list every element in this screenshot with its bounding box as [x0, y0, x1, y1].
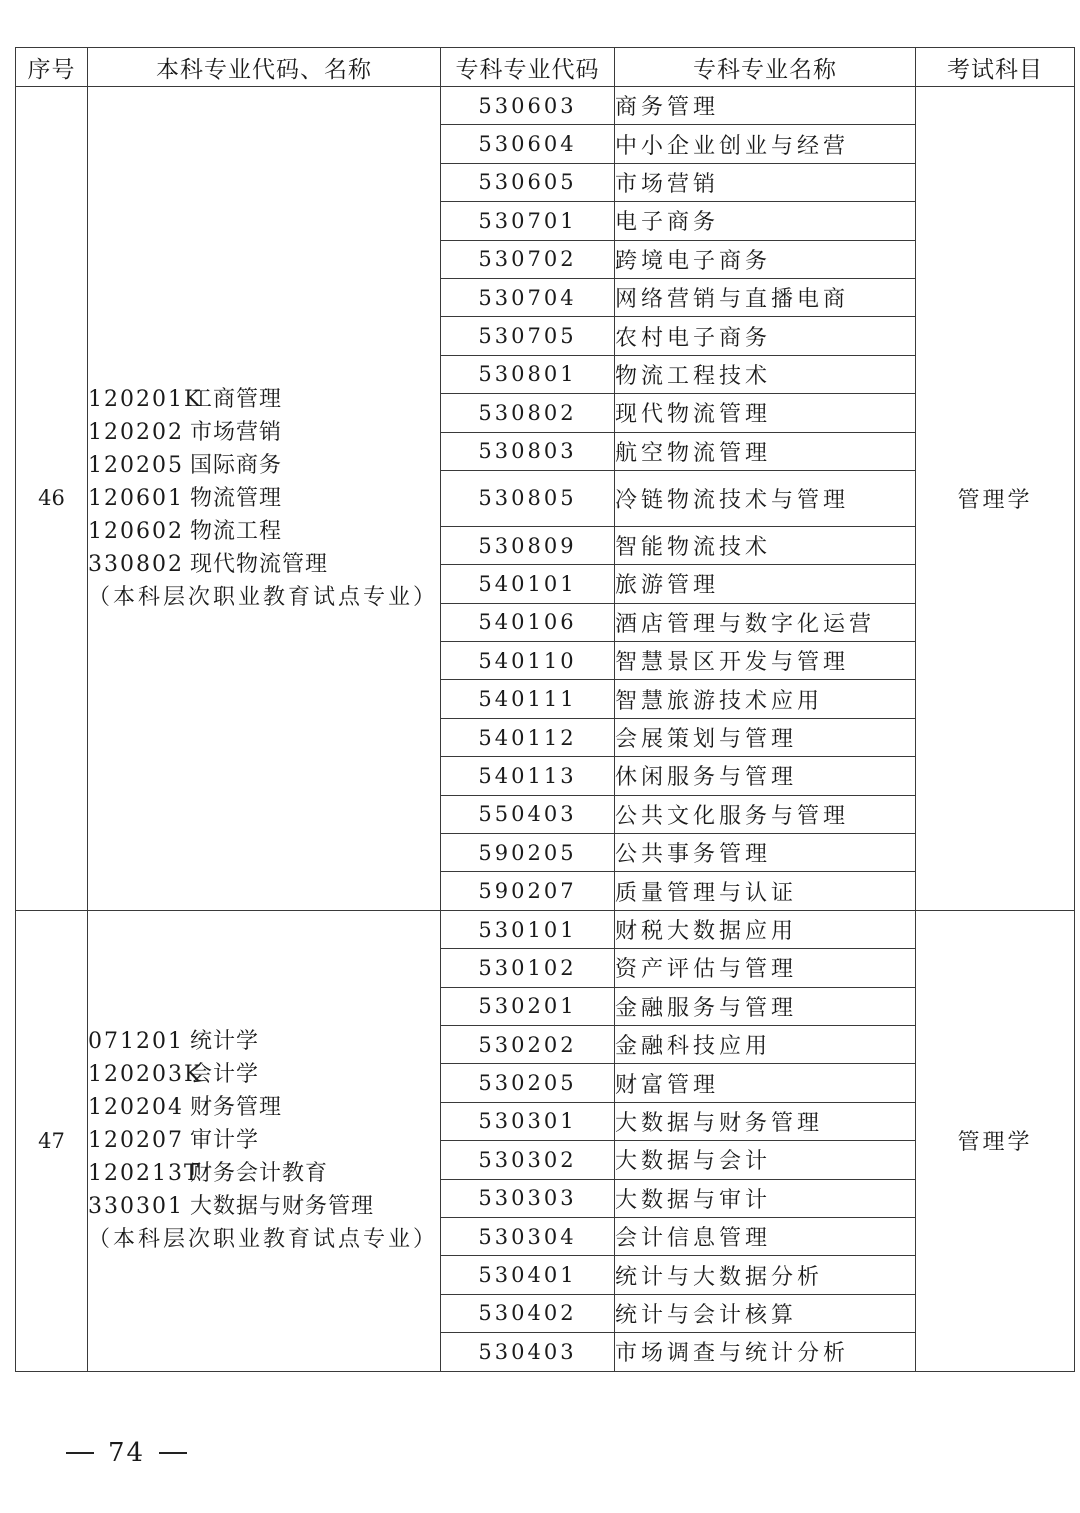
undergrad-major-line: 330802现代物流管理 [88, 548, 440, 581]
header-junior-name: 专科专业名称 [615, 48, 916, 87]
junior-major-code: 550403 [441, 795, 615, 833]
undergrad-pilot-note: （本科层次职业教育试点专业） [88, 1223, 440, 1256]
table-body: 46120201K工商管理120202市场营销120205国际商务120601物… [16, 87, 1075, 1372]
table-row: 46120201K工商管理120202市场营销120205国际商务120601物… [16, 87, 1075, 125]
table-header-row: 序号 本科专业代码、名称 专科专业代码 专科专业名称 考试科目 [16, 48, 1075, 87]
undergrad-majors-cell: 120201K工商管理120202市场营销120205国际商务120601物流管… [88, 87, 441, 911]
junior-major-name: 市场调查与统计分析 [615, 1333, 916, 1371]
dash-right [159, 1452, 187, 1454]
junior-major-code: 530603 [441, 87, 615, 125]
junior-major-code: 540101 [441, 565, 615, 603]
junior-major-code: 530303 [441, 1179, 615, 1217]
undergrad-major-line: 120204财务管理 [88, 1091, 440, 1124]
undergrad-major-code: 330301 [88, 1190, 190, 1223]
junior-major-code: 530101 [441, 910, 615, 948]
junior-major-name: 公共事务管理 [615, 834, 916, 872]
header-seq: 序号 [16, 48, 88, 87]
junior-major-code: 530802 [441, 394, 615, 432]
junior-major-code: 530809 [441, 526, 615, 564]
undergrad-major-name: 审计学 [190, 1128, 259, 1153]
junior-major-name: 现代物流管理 [615, 394, 916, 432]
junior-major-name: 财税大数据应用 [615, 910, 916, 948]
junior-major-code: 530705 [441, 317, 615, 355]
undergrad-major-name: 财务管理 [190, 1095, 282, 1120]
undergrad-major-name: 物流管理 [190, 486, 282, 511]
junior-major-name: 酒店管理与数字化运营 [615, 603, 916, 641]
junior-major-code: 590207 [441, 872, 615, 910]
junior-major-code: 540112 [441, 718, 615, 756]
junior-major-code: 530701 [441, 202, 615, 240]
junior-major-name: 财富管理 [615, 1064, 916, 1102]
junior-major-code: 530605 [441, 163, 615, 201]
junior-major-name: 网络营销与直播电商 [615, 278, 916, 316]
junior-major-code: 530604 [441, 125, 615, 163]
undergrad-major-code: 120213T [88, 1157, 190, 1190]
undergrad-major-line: 330301大数据与财务管理 [88, 1190, 440, 1223]
junior-major-name: 休闲服务与管理 [615, 757, 916, 795]
undergrad-major-name: 财务会计教育 [190, 1161, 328, 1186]
undergrad-major-line: 120601物流管理 [88, 482, 440, 515]
undergrad-major-name: 工商管理 [190, 387, 282, 412]
undergrad-major-name: 物流工程 [190, 519, 282, 544]
undergrad-major-line: 120602物流工程 [88, 515, 440, 548]
undergrad-major-code: 120201K [88, 383, 190, 416]
junior-major-code: 530801 [441, 355, 615, 393]
junior-major-code: 530402 [441, 1294, 615, 1332]
junior-major-name: 金融服务与管理 [615, 987, 916, 1025]
junior-major-name: 智慧旅游技术应用 [615, 680, 916, 718]
undergrad-major-code: 120602 [88, 515, 190, 548]
junior-major-name: 统计与大数据分析 [615, 1256, 916, 1294]
junior-major-code: 530704 [441, 278, 615, 316]
junior-major-code: 530301 [441, 1102, 615, 1140]
junior-major-name: 大数据与审计 [615, 1179, 916, 1217]
header-undergrad-major: 本科专业代码、名称 [88, 48, 441, 87]
undergrad-major-line: 120207审计学 [88, 1124, 440, 1157]
junior-major-name: 资产评估与管理 [615, 949, 916, 987]
undergrad-pilot-note: （本科层次职业教育试点专业） [88, 581, 440, 614]
undergrad-major-name: 统计学 [190, 1029, 259, 1054]
undergrad-major-name: 市场营销 [190, 420, 282, 445]
seq-cell: 47 [16, 910, 88, 1371]
undergrad-major-code: 120203K [88, 1058, 190, 1091]
junior-major-code: 530401 [441, 1256, 615, 1294]
undergrad-major-line: 120202市场营销 [88, 416, 440, 449]
junior-major-name: 会展策划与管理 [615, 718, 916, 756]
junior-major-code: 530403 [441, 1333, 615, 1371]
undergrad-major-line: 120205国际商务 [88, 449, 440, 482]
exam-subject-cell: 管理学 [916, 87, 1075, 911]
junior-major-name: 商务管理 [615, 87, 916, 125]
junior-major-name: 物流工程技术 [615, 355, 916, 393]
junior-major-name: 智慧景区开发与管理 [615, 642, 916, 680]
undergrad-major-code: 120207 [88, 1124, 190, 1157]
header-junior-code: 专科专业代码 [441, 48, 615, 87]
undergrad-major-line: 071201统计学 [88, 1025, 440, 1058]
junior-major-name: 航空物流管理 [615, 432, 916, 470]
undergrad-major-line: 120201K工商管理 [88, 383, 440, 416]
junior-major-name: 市场营销 [615, 163, 916, 201]
junior-major-name: 质量管理与认证 [615, 872, 916, 910]
undergrad-major-name: 会计学 [190, 1062, 259, 1087]
junior-major-name: 金融科技应用 [615, 1025, 916, 1063]
undergrad-major-code: 120205 [88, 449, 190, 482]
junior-major-code: 540110 [441, 642, 615, 680]
seq-cell: 46 [16, 87, 88, 911]
junior-major-name: 公共文化服务与管理 [615, 795, 916, 833]
undergrad-major-line: 120203K会计学 [88, 1058, 440, 1091]
undergrad-major-line: 120213T财务会计教育 [88, 1157, 440, 1190]
junior-major-code: 590205 [441, 834, 615, 872]
undergrad-major-code: 120204 [88, 1091, 190, 1124]
undergrad-major-code: 120601 [88, 482, 190, 515]
junior-major-code: 530202 [441, 1025, 615, 1063]
junior-major-name: 冷链物流技术与管理 [615, 470, 916, 526]
junior-major-code: 530803 [441, 432, 615, 470]
exam-subject-cell: 管理学 [916, 910, 1075, 1371]
header-exam-subject: 考试科目 [916, 48, 1075, 87]
page-number: 74 [108, 1438, 145, 1468]
undergrad-major-name: 现代物流管理 [190, 552, 328, 577]
junior-major-code: 530205 [441, 1064, 615, 1102]
undergrad-major-code: 120202 [88, 416, 190, 449]
junior-major-code: 540111 [441, 680, 615, 718]
junior-major-name: 智能物流技术 [615, 526, 916, 564]
junior-major-code: 540106 [441, 603, 615, 641]
undergrad-major-code: 071201 [88, 1025, 190, 1058]
junior-major-code: 540113 [441, 757, 615, 795]
junior-major-name: 大数据与财务管理 [615, 1102, 916, 1140]
junior-major-name: 大数据与会计 [615, 1141, 916, 1179]
undergrad-major-name: 国际商务 [190, 453, 282, 478]
junior-major-name: 统计与会计核算 [615, 1294, 916, 1332]
junior-major-name: 农村电子商务 [615, 317, 916, 355]
undergrad-majors-cell: 071201统计学120203K会计学120204财务管理120207审计学12… [88, 910, 441, 1371]
table-row: 47071201统计学120203K会计学120204财务管理120207审计学… [16, 910, 1075, 948]
junior-major-code: 530302 [441, 1141, 615, 1179]
junior-major-name: 会计信息管理 [615, 1217, 916, 1255]
junior-major-code: 530102 [441, 949, 615, 987]
junior-major-name: 跨境电子商务 [615, 240, 916, 278]
junior-major-name: 旅游管理 [615, 565, 916, 603]
junior-major-code: 530702 [441, 240, 615, 278]
dash-left [66, 1452, 94, 1454]
junior-major-code: 530201 [441, 987, 615, 1025]
major-mapping-table: 序号 本科专业代码、名称 专科专业代码 专科专业名称 考试科目 46120201… [15, 47, 1075, 1372]
junior-major-code: 530304 [441, 1217, 615, 1255]
page-footer: 74 [66, 1438, 187, 1468]
undergrad-major-code: 330802 [88, 548, 190, 581]
junior-major-name: 电子商务 [615, 202, 916, 240]
junior-major-name: 中小企业创业与经营 [615, 125, 916, 163]
undergrad-major-name: 大数据与财务管理 [190, 1194, 374, 1219]
junior-major-code: 530805 [441, 470, 615, 526]
